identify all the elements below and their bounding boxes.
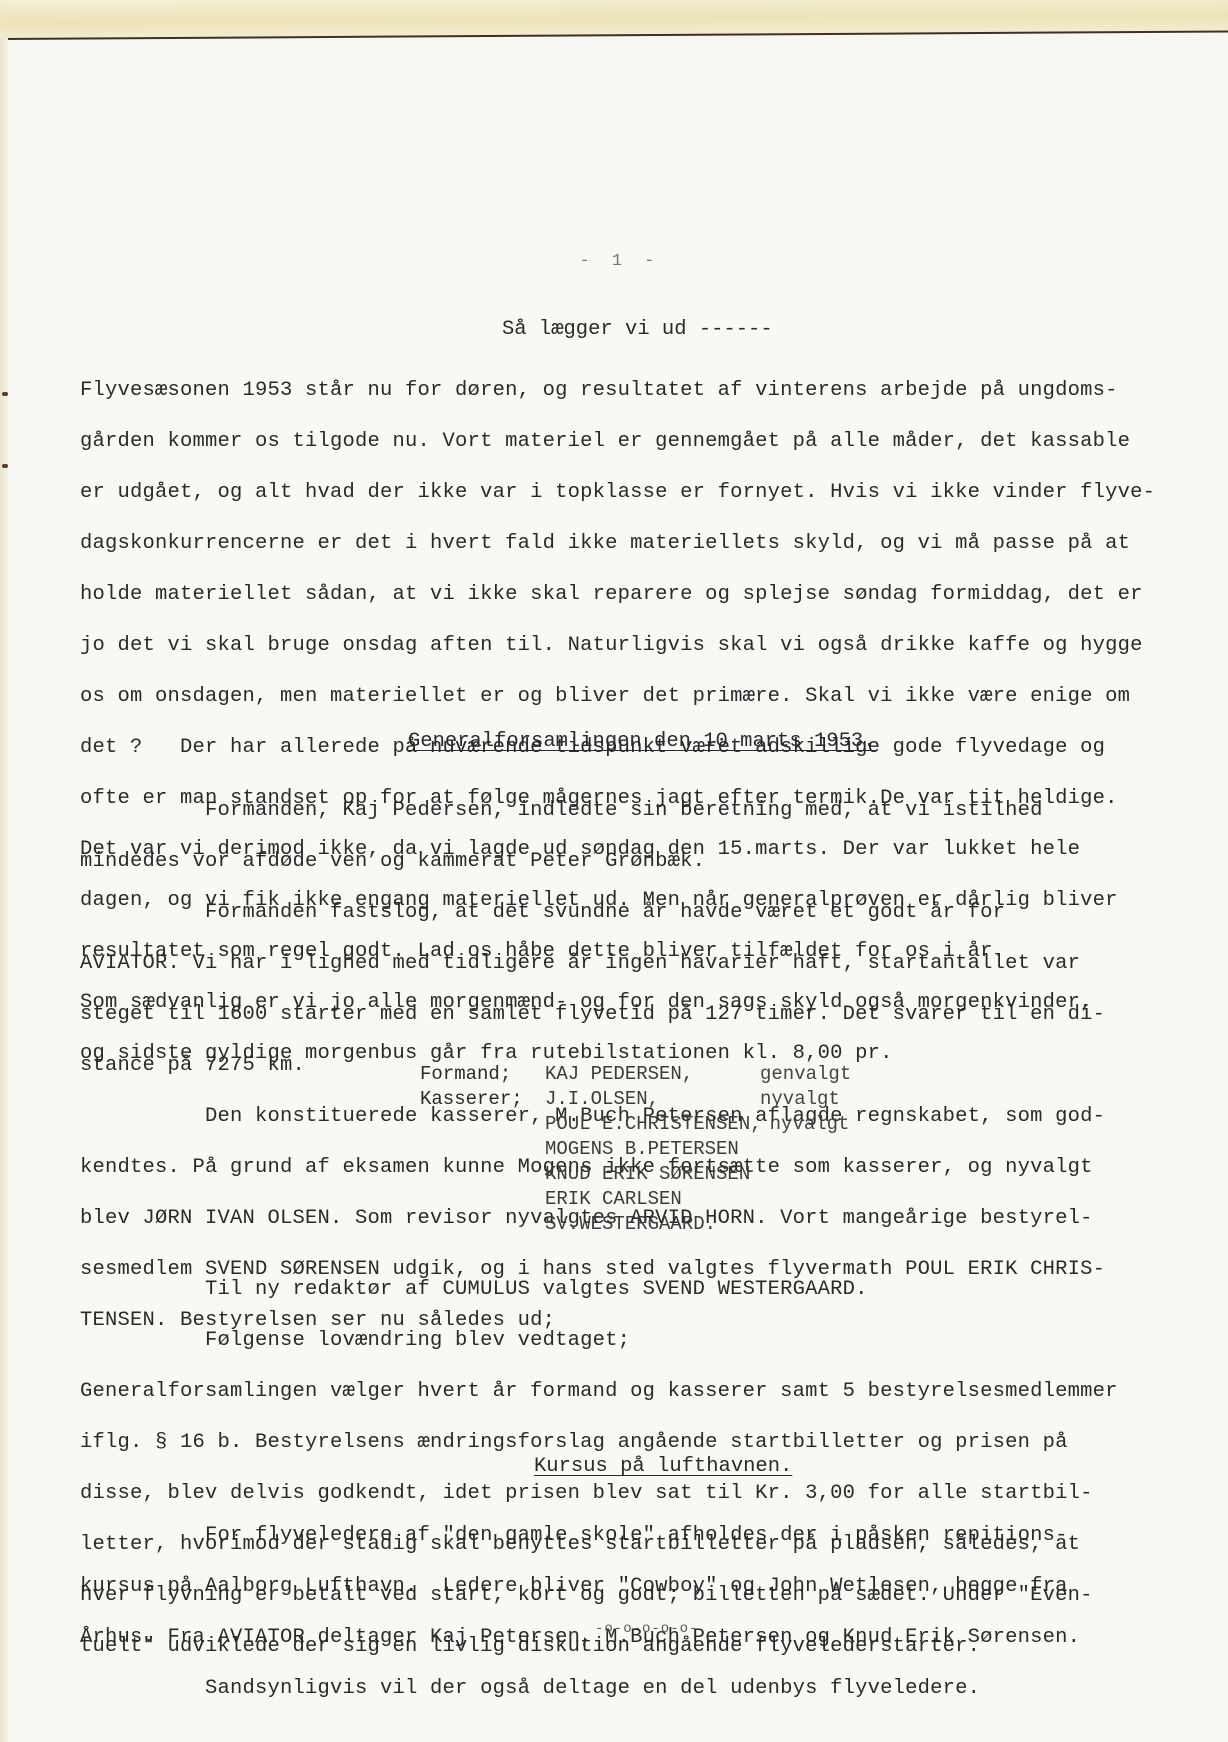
text-line: holde materiellet sådan, at vi ikke skal… bbox=[80, 582, 1155, 608]
board-role bbox=[420, 1137, 545, 1162]
board-row: SV.WESTERGAARD. bbox=[420, 1212, 851, 1237]
board-row: KNUD ERIK SØRENSEN bbox=[420, 1162, 851, 1187]
board-members-list: Formand; KAJ PEDERSEN, genvalgt Kasserer… bbox=[420, 1062, 851, 1237]
board-row: POUL E.CHRISTENSEN, nyvalgt bbox=[420, 1112, 851, 1137]
board-role bbox=[420, 1212, 545, 1237]
board-status: genvalgt bbox=[760, 1062, 851, 1087]
board-role: Formand; bbox=[420, 1062, 545, 1087]
text-line: For flyveledere af "den gamle skole" afh… bbox=[80, 1523, 1080, 1549]
text-line: Sandsynligvis vil der også deltage en de… bbox=[80, 1676, 1080, 1702]
folded-paper-top-strip bbox=[0, 0, 1228, 40]
text-line: steget til 1600 starter med en samlet fl… bbox=[80, 1002, 1105, 1028]
section-heading-intro: Så lægger vi ud ------ bbox=[502, 318, 773, 341]
section-heading-general-assembly: Generalforsamlingen den 10 marts 1953. bbox=[408, 730, 875, 753]
text-line: Generalforsamlingen vælger hvert år form… bbox=[80, 1379, 1118, 1405]
board-status: nyvalgt bbox=[770, 1112, 850, 1137]
text-line: kursus på Aalborg Lufthavn. Ledere blive… bbox=[80, 1574, 1080, 1600]
board-name: KNUD ERIK SØRENSEN bbox=[545, 1162, 760, 1187]
punch-hole-mark bbox=[2, 392, 8, 396]
text-line: gården kommer os tilgode nu. Vort materi… bbox=[80, 429, 1155, 455]
text-line: Formanden, Kaj Pedersen, indledte sin be… bbox=[80, 798, 1105, 824]
text-line: Følgense lovændring blev vedtaget; bbox=[80, 1328, 1118, 1354]
board-status: nyvalgt bbox=[760, 1087, 840, 1112]
board-role bbox=[420, 1162, 545, 1187]
board-role bbox=[420, 1187, 545, 1212]
text-line: dagskonkurrencerne er det i hvert fald i… bbox=[80, 531, 1155, 557]
board-role: Kasserer; bbox=[420, 1087, 545, 1112]
text-line: Flyvesæsonen 1953 står nu for døren, og … bbox=[80, 378, 1155, 404]
paper-left-edge bbox=[0, 38, 8, 1742]
board-row: MOGENS B.PETERSEN bbox=[420, 1137, 851, 1162]
text-line: AVIATOR. Vi har i lighed med tidligere å… bbox=[80, 951, 1105, 977]
section-heading-course: Kursus på lufthavnen. bbox=[534, 1455, 792, 1478]
text-line: mindedes vor afdøde ven og kammerat Pete… bbox=[80, 849, 1105, 875]
board-row: Kasserer; J.I.OLSEN, nyvalgt bbox=[420, 1087, 851, 1112]
board-name: SV.WESTERGAARD. bbox=[545, 1212, 760, 1237]
board-role bbox=[420, 1112, 545, 1137]
board-name: KAJ PEDERSEN, bbox=[545, 1062, 760, 1087]
end-divider: -o-o-o-o-o- bbox=[595, 1621, 698, 1637]
text-line: Århus. Fra AVIATOR deltager Kaj Petersen… bbox=[80, 1625, 1080, 1651]
text-line: Formanden fastslog, at det svundne år ha… bbox=[80, 900, 1105, 926]
course-paragraph: For flyveledere af "den gamle skole" afh… bbox=[80, 1497, 1080, 1727]
board-row: Formand; KAJ PEDERSEN, genvalgt bbox=[420, 1062, 851, 1087]
board-name: J.I.OLSEN, bbox=[545, 1087, 760, 1112]
board-name: ERIK CARLSEN bbox=[545, 1187, 760, 1212]
text-line: Til ny redaktør af CUMULUS valgtes SVEND… bbox=[80, 1277, 1118, 1303]
text-line: er udgået, og alt hvad der ikke var i to… bbox=[80, 480, 1155, 506]
board-row: ERIK CARLSEN bbox=[420, 1187, 851, 1212]
text-line: jo det vi skal bruge onsdag aften til. N… bbox=[80, 633, 1155, 659]
board-name: MOGENS B.PETERSEN bbox=[545, 1137, 760, 1162]
page-number: - 1 - bbox=[560, 252, 680, 271]
text-line: os om onsdagen, men materiellet er og bl… bbox=[80, 684, 1155, 710]
text-line: iflg. § 16 b. Bestyrelsens ændringsforsl… bbox=[80, 1430, 1118, 1456]
board-name: POUL E.CHRISTENSEN, bbox=[545, 1112, 762, 1137]
punch-hole-mark bbox=[2, 464, 8, 468]
